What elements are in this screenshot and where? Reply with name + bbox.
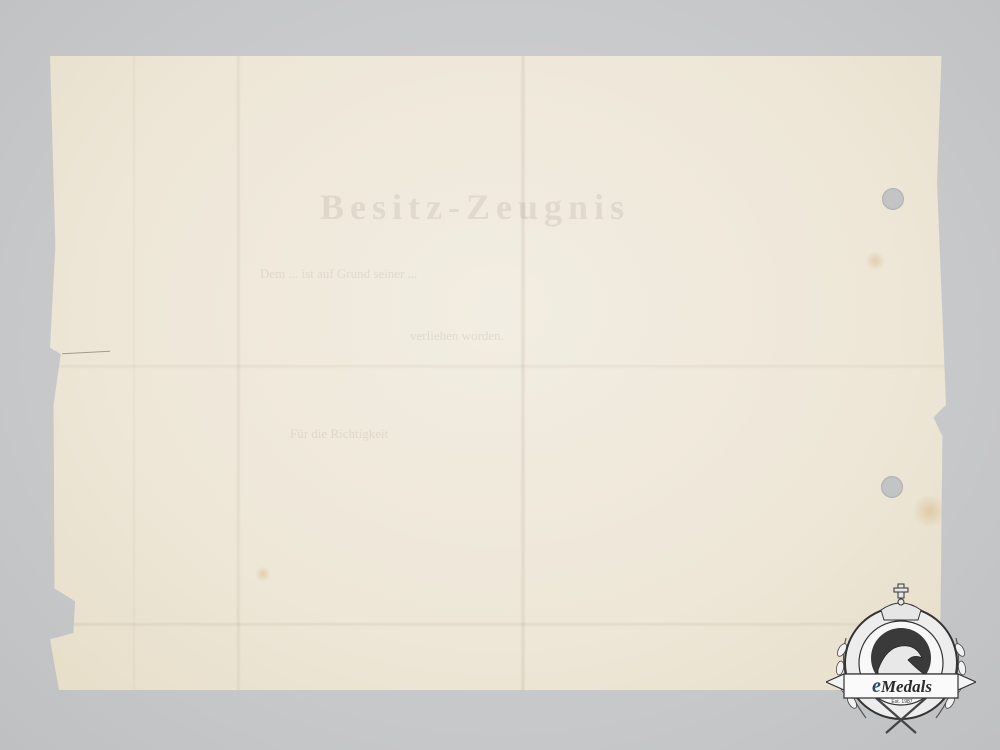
punch-hole-top — [882, 188, 904, 210]
brand-name: Medals — [881, 677, 932, 696]
badge-icon — [826, 578, 976, 738]
show-through-line: Für die Richtigkeit — [290, 426, 388, 442]
document-paper: Besitz-Zeugnis Dem ... ist auf Grund sei… — [50, 56, 946, 690]
show-through-line: Dem ... ist auf Grund seiner ... — [260, 266, 417, 282]
punch-hole-bottom — [881, 476, 903, 498]
brand-wordmark: eMedals — [856, 675, 948, 698]
show-through-line: verliehen worden. — [410, 328, 504, 344]
established-label: Est. 1987 — [886, 699, 918, 705]
tear-crack — [62, 351, 110, 355]
stain — [255, 566, 271, 582]
brand-prefix: e — [872, 675, 881, 697]
stain — [865, 251, 885, 271]
show-through-title: Besitz-Zeugnis — [320, 186, 630, 228]
emedals-watermark-logo: eMedals Est. 1987 — [826, 578, 976, 738]
